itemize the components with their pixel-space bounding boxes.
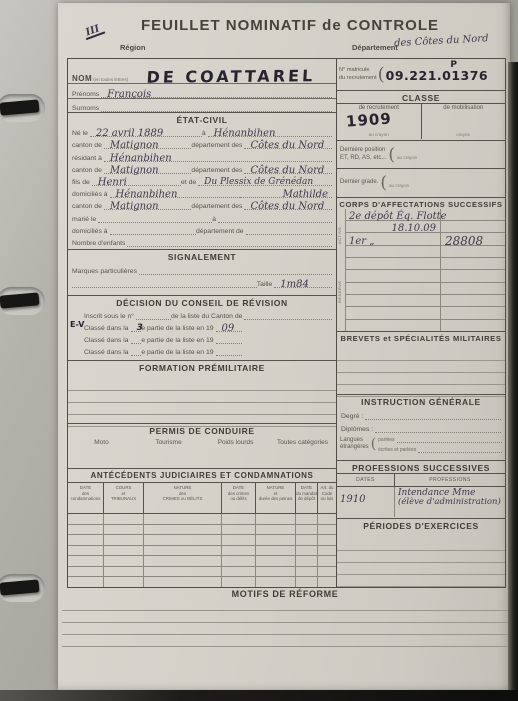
canton-row: canton de Matignon département des Côtes… — [68, 162, 336, 174]
canton-field: Matignon — [104, 148, 192, 149]
annee-field: 09 — [216, 331, 243, 332]
fils-value-handwritten: Henri — [98, 178, 127, 187]
diplomes-label: Diplômes : — [341, 426, 375, 433]
classe-dans-label: Classé dans la — [84, 337, 131, 344]
table-row — [346, 320, 505, 331]
left-column: NOM (en toutes lettres) DE COATTAREL Pré… — [68, 59, 337, 587]
nom-value-handwritten: DE COATTAREL — [130, 66, 333, 87]
col-date-crimes: DATE des crimes ou délits — [222, 483, 256, 513]
section-dernier-grade: Dernier grade. ( au crayon — [337, 169, 505, 197]
classe-mobilisation-cell: de mobilisation crayon — [422, 104, 506, 139]
derniere-position-field: au crayon — [397, 146, 502, 164]
instruction-title: INSTRUCTION GÉNÉRALE — [337, 395, 505, 407]
departement-des-label: département des — [191, 203, 244, 210]
scan-edge-bottom — [0, 690, 518, 701]
degre-field — [365, 419, 501, 420]
antecedents-title: ANTÉCÉDENTS JUDICIAIRES ET CONDAMNATIONS — [68, 469, 336, 480]
residant-row: résidant à Hénanbihen — [68, 149, 336, 161]
partie-field — [131, 343, 142, 344]
section-corps-affectations: CORPS D'AFFECTATIONS SUCCESSIFS ACTIVE R… — [337, 198, 505, 333]
section-derniere-position: Dernière positionET, RD, AS, etc... ( au… — [337, 141, 505, 169]
derniere-position-l2: ET, RD, AS, etc... — [340, 155, 386, 161]
brace-icon: ( — [371, 436, 376, 452]
col-professions: PROFESSIONS — [395, 474, 505, 486]
canton-liste-label: de la liste du Canton de — [171, 313, 244, 320]
matricule-row: N° matricule du recrutement ( 09.221.013… — [337, 59, 505, 91]
document-title: FEUILLET NOMINATIF de CONTROLE — [120, 17, 460, 34]
professions-body: 1910 Intendance Mme (élève d'administrat… — [337, 487, 505, 517]
profession-date-handwritten: 1910 — [340, 494, 365, 505]
ruled-line — [62, 634, 508, 635]
canton-value-handwritten: Matignon — [110, 202, 159, 211]
nom-row: NOM (en toutes lettres) DE COATTAREL — [68, 59, 336, 84]
marques-row: Marques particulières — [68, 262, 336, 275]
dept-value-handwritten: Côtes du Nord — [250, 166, 324, 175]
table-row — [68, 546, 336, 557]
matricule-sup-handwritten: P — [450, 60, 457, 70]
partie-label: e partie de la liste en 19 — [141, 325, 215, 332]
classe-liste-row: Classé dans la 3 e partie de la liste en… — [68, 320, 336, 332]
fils-field: Henri — [92, 185, 181, 186]
table-row — [346, 246, 505, 258]
brevets-title: BREVETS et SPÉCIALITÉS MILITAIRES — [337, 332, 505, 343]
profession-cell: Intendance Mme (élève d'administration) — [395, 487, 505, 517]
permis-col-poids-lourds: Poids lourds — [202, 439, 269, 446]
ruled-line — [337, 349, 505, 361]
form-card: III FEUILLET NOMINATIF de CONTROLE Régio… — [58, 3, 510, 690]
antecedents-table: DATE des condamnations COURS et TRIBUNAU… — [68, 482, 336, 587]
profession-date-cell: 1910 — [337, 487, 395, 517]
prenoms-label: Prénoms — [72, 91, 101, 98]
section-instruction: INSTRUCTION GÉNÉRALE Degré : Diplômes : … — [337, 395, 505, 461]
au-crayon-note: au crayon — [397, 155, 417, 160]
corps-title: CORPS D'AFFECTATIONS SUCCESSIFS — [337, 198, 505, 209]
section-signalement: SIGNALEMENT Marques particulières Taille… — [68, 250, 336, 296]
ruled-line — [68, 391, 336, 403]
affectation-1-handwritten: 2e dépôt Éq. Flotte — [349, 212, 447, 221]
domicilies-label: domiciliés à — [72, 228, 110, 235]
classe-dans-label: Classé dans la — [84, 349, 131, 356]
ne-lieu-value-handwritten: Hénanbihen — [214, 129, 276, 138]
canton-liste-field — [244, 319, 332, 320]
section-etat-civil: ÉTAT-CIVIL Né le 22 avril 1889 à Hénanbi… — [68, 112, 336, 250]
signalement-title: SIGNALEMENT — [68, 250, 336, 262]
ne-lieu-field: Hénanbihen — [208, 136, 332, 137]
section-permis: PERMIS DE CONDUIRE Moto Tourisme Poids l… — [68, 424, 336, 469]
diplomes-row: Diplômes : — [337, 420, 505, 433]
marques-field2 — [72, 287, 257, 288]
table-row — [68, 514, 336, 525]
dept-field: Côtes du Nord — [244, 209, 332, 210]
ruled-line — [62, 646, 508, 647]
side-label-reserve: RÉSERVE — [337, 267, 345, 317]
section-brevets: BREVETS et SPÉCIALITÉS MILITAIRES — [337, 332, 505, 395]
section-formation: FORMATION PRÉMILITAIRE — [68, 361, 336, 424]
partie-label: e partie de la liste en 19 — [141, 337, 215, 344]
dernier-grade-field: au crayon — [389, 174, 502, 192]
classe-liste-row: Classé dans la e partie de la liste en 1… — [68, 344, 336, 356]
ne-le-field: 22 avril 1889 — [90, 136, 202, 137]
permis-title: PERMIS DE CONDUIRE — [68, 424, 336, 436]
col-dates: DATES — [337, 474, 395, 486]
taille-label: Taille — [257, 281, 275, 288]
dept-value-handwritten: Côtes du Nord — [250, 202, 324, 211]
affectation-1-date-handwritten: 18.10.09 — [391, 224, 436, 233]
mere-firstname-field: Mathilde — [240, 197, 332, 198]
marie-le-label: marié le — [72, 216, 98, 223]
langues-row: Languesétrangères ( parlées écrites et p… — [337, 433, 505, 455]
langues-label: Languesétrangères — [340, 437, 369, 452]
table-row — [346, 258, 505, 270]
marge-note-handwritten: E-V — [70, 320, 84, 329]
table-row — [68, 535, 336, 546]
table-row — [68, 577, 336, 587]
brace-icon: ( — [380, 173, 387, 193]
ecrites-label: écrites et parlées — [378, 447, 416, 453]
binder-clip — [0, 574, 45, 602]
scan-edge-right — [508, 62, 518, 701]
section-classe: CLASSE de recrutement 1909 au crayon de … — [337, 91, 505, 141]
ruled-line — [68, 379, 336, 391]
canton-row: canton de Matignon département des Côtes… — [68, 137, 336, 149]
canton-value-handwritten: Matignon — [110, 141, 159, 150]
section-motifs: MOTIFS DE RÉFORME — [62, 587, 508, 647]
mobilisation-label: de mobilisation — [425, 105, 503, 111]
taille-field: 1m84 — [274, 287, 332, 288]
dept2-field — [246, 234, 332, 235]
main-form-box: NOM (en toutes lettres) DE COATTAREL Pré… — [67, 58, 506, 588]
crayon-note: crayon — [422, 132, 506, 137]
derniere-position-label: Dernière positionET, RD, AS, etc... — [340, 147, 386, 163]
parlees-row: parlées — [378, 436, 502, 443]
col-cours-tribunaux: COURS et TRIBUNAUX — [104, 483, 144, 513]
formation-title: FORMATION PRÉMILITAIRE — [68, 361, 336, 373]
binder-clip — [0, 287, 45, 315]
table-row — [346, 295, 505, 307]
classe-grid: de recrutement 1909 au crayon de mobilis… — [337, 103, 505, 139]
marques-field — [139, 274, 332, 275]
canton-label: canton de — [72, 142, 104, 149]
ruled-line — [337, 539, 505, 551]
diplomes-field — [375, 432, 501, 433]
au-crayon-note: au crayon — [389, 183, 409, 188]
permis-col-moto: Moto — [68, 439, 135, 446]
partie-value-handwritten: 3 — [137, 324, 143, 333]
permis-columns: Moto Tourisme Poids lourds Toutes catégo… — [68, 439, 336, 446]
au-crayon-note: au crayon — [337, 132, 421, 137]
nom-label: NOM — [72, 74, 92, 83]
ruled-line — [62, 622, 508, 623]
antecedents-header-row: DATE des condamnations COURS et TRIBUNAU… — [68, 483, 336, 514]
ne-le-row: Né le 22 avril 1889 à Hénanbihen — [68, 125, 336, 137]
derniere-position-l1: Dernière position — [340, 147, 385, 153]
ruled-line — [337, 551, 505, 563]
classe-liste-row: Classé dans la e partie de la liste en 1… — [68, 332, 336, 344]
col-date-condamnations: DATE des condamnations — [68, 483, 104, 513]
ecrites-row: écrites et parlées — [378, 446, 502, 453]
parlees-label: parlées — [378, 437, 394, 443]
professions-header-row: DATES PROFESSIONS — [337, 473, 505, 487]
classe-recrutement-cell: de recrutement 1909 au crayon — [337, 104, 422, 139]
inscrit-field — [136, 319, 171, 320]
ruled-line — [337, 563, 505, 575]
fils-de-label: fils de — [72, 179, 92, 186]
prenoms-field: François — [101, 97, 332, 98]
matricule-label: N° matricule du recrutement — [339, 67, 377, 82]
canton-label: canton de — [72, 167, 104, 174]
region-label: Région — [120, 43, 145, 52]
taille-row: Taille 1m84 — [68, 275, 336, 288]
domicilies-label: domiciliés à — [72, 191, 110, 198]
section-antecedents: ANTÉCÉDENTS JUDICIAIRES ET CONDAMNATIONS… — [68, 469, 336, 587]
affectation-2-handwritten: 1er „ — [349, 237, 374, 246]
table-row — [346, 307, 505, 319]
departement-des-label: département des — [191, 167, 244, 174]
inscrit-label: Inscrit sous le n° — [84, 313, 136, 320]
classe-title: CLASSE — [337, 91, 505, 103]
classe-dans-label: Classé dans la — [84, 325, 131, 332]
domicile2-field — [110, 234, 196, 235]
antecedents-body — [68, 514, 336, 587]
canton-value-handwritten: Matignon — [110, 166, 159, 175]
prenoms-value-handwritten: François — [107, 90, 151, 99]
nombre-enfants-label: Nombre d'enfants — [72, 240, 127, 247]
ruled-line — [62, 610, 508, 611]
domicile-value-handwritten: Hénanbihen — [116, 190, 178, 199]
affectation-2-num-handwritten: 28808 — [445, 237, 483, 246]
table-row — [346, 283, 505, 295]
permis-col-tourisme: Tourisme — [135, 439, 202, 446]
motifs-title: MOTIFS DE RÉFORME — [62, 587, 508, 599]
dotted-line — [418, 446, 502, 453]
annee-field — [216, 355, 243, 356]
departement-de-label: département de — [196, 228, 246, 235]
degre-label: Degré : — [341, 413, 365, 420]
surnoms-row: Surnoms — [68, 99, 336, 112]
marie-field — [98, 222, 212, 223]
residant-label: résidant à — [72, 155, 104, 162]
table-row: 1er „28808 — [346, 233, 505, 245]
nom-note: (en toutes lettres) — [92, 77, 130, 83]
marques-label: Marques particulières — [72, 268, 139, 275]
mere-firstname-handwritten: Mathilde — [283, 190, 328, 199]
matricule-value-handwritten: 09.221.01376 — [386, 68, 488, 83]
corps-rows: 2e dépôt Éq. Flotte 18.10.09 1er „28808 — [346, 209, 505, 332]
domicile-field: Hénanbihen — [110, 197, 241, 198]
scanned-document: III FEUILLET NOMINATIF de CONTROLE Régio… — [0, 0, 518, 701]
marie-lieu-field — [218, 222, 332, 223]
annee-value-handwritten: 09 — [222, 324, 235, 333]
langues-l1: Langues — [340, 437, 363, 443]
dotted-line — [397, 436, 502, 443]
corps-table: ACTIVE RÉSERVE 2e dépôt Éq. Flotte 18.10… — [337, 209, 505, 332]
et-de-label: et de — [181, 179, 198, 186]
langues-fields: parlées écrites et parlées — [378, 436, 502, 453]
mere-name-handwritten: Du Plessix de Grénédan — [204, 178, 313, 187]
annee-field — [216, 343, 243, 344]
section-professions: PROFESSIONS SUCCESSIVES DATES PROFESSION… — [337, 461, 505, 519]
dept-value-handwritten: Côtes du Nord — [250, 141, 324, 150]
taille-value-handwritten: 1m84 — [280, 280, 309, 289]
residant-field: Hénanbihen — [104, 161, 332, 162]
table-row — [68, 525, 336, 536]
col-article-code: Art. du Code ou lois — [318, 483, 336, 513]
dernier-grade-label: Dernier grade. — [340, 179, 378, 187]
ne-le-label: Né le — [72, 130, 90, 137]
table-row — [346, 270, 505, 282]
section-decision: DÉCISION DU CONSEIL DE RÉVISION E-V Insc… — [68, 296, 336, 361]
canton-field: Matignon — [104, 173, 192, 174]
table-row: 2e dépôt Éq. Flotte — [346, 209, 505, 221]
binder-clip — [0, 94, 45, 122]
inscrit-row: Inscrit sous le n° de la liste du Canton… — [68, 308, 336, 320]
dept-field: Côtes du Nord — [244, 148, 332, 149]
ne-le-value-handwritten: 22 avril 1889 — [96, 129, 163, 138]
marie-row: marié le à — [68, 210, 336, 222]
partie-label: e partie de la liste en 19 — [141, 349, 215, 356]
partie-field: 3 — [131, 331, 142, 332]
profession-l2-handwritten: (élève d'administration) — [398, 498, 502, 507]
ruled-line — [68, 403, 336, 415]
col-date-mandat: DATE du mandat de dépôt — [296, 483, 318, 513]
degre-row: Degré : — [337, 407, 505, 420]
col-nature-peines: NATURE et durée des peines — [256, 483, 296, 513]
right-column: N° matricule du recrutement ( 09.221.013… — [337, 59, 505, 587]
langues-l2: étrangères — [340, 444, 369, 450]
table-row: 18.10.09 — [346, 221, 505, 233]
table-row — [68, 567, 336, 578]
etat-civil-rows: Né le 22 avril 1889 à Hénanbihen canton … — [68, 125, 336, 247]
surnoms-label: Surnoms — [72, 105, 101, 112]
enfants-field — [127, 246, 332, 247]
side-label-active: ACTIVE — [337, 215, 345, 255]
periodes-title: PÉRIODES D'EXERCICES — [337, 519, 505, 531]
enfants-row: Nombre d'enfants — [68, 235, 336, 247]
ruled-line — [337, 575, 505, 587]
col-nature-crimes: NATURE des CRIMES ou DÉLITS — [144, 483, 222, 513]
canton-field: Matignon — [104, 209, 192, 210]
etat-civil-title: ÉTAT-CIVIL — [68, 113, 336, 125]
decision-title: DÉCISION DU CONSEIL DE RÉVISION — [68, 296, 336, 308]
region-number-handwritten: III — [83, 23, 106, 40]
residant-value-handwritten: Hénanbihen — [110, 154, 172, 163]
brace-icon: ( — [388, 145, 395, 165]
professions-title: PROFESSIONS SUCCESSIVES — [337, 461, 505, 473]
departement-value-handwritten: des Côtes du Nord — [394, 33, 512, 48]
table-row — [68, 556, 336, 567]
paren-icon: ( — [378, 64, 385, 85]
ruled-line — [337, 373, 505, 385]
prenoms-row: Prénoms François — [68, 84, 336, 99]
section-periodes: PÉRIODES D'EXERCICES — [337, 519, 505, 587]
ruled-line — [337, 361, 505, 373]
departement-des-label: département des — [191, 142, 244, 149]
classe-recrutement-value-handwritten: 1909 — [345, 110, 392, 131]
canton-label: canton de — [72, 203, 104, 210]
corps-side-strip: ACTIVE RÉSERVE — [337, 209, 346, 332]
dept-field: Côtes du Nord — [244, 173, 332, 174]
domicilies2-row: domiciliés à département de — [68, 223, 336, 235]
departement-label: Département — [352, 43, 398, 52]
partie-field — [131, 355, 142, 356]
permis-col-toutes-categories: Toutes catégories — [269, 439, 336, 446]
mere-field: Du Plessix de Grénédan — [198, 185, 332, 186]
